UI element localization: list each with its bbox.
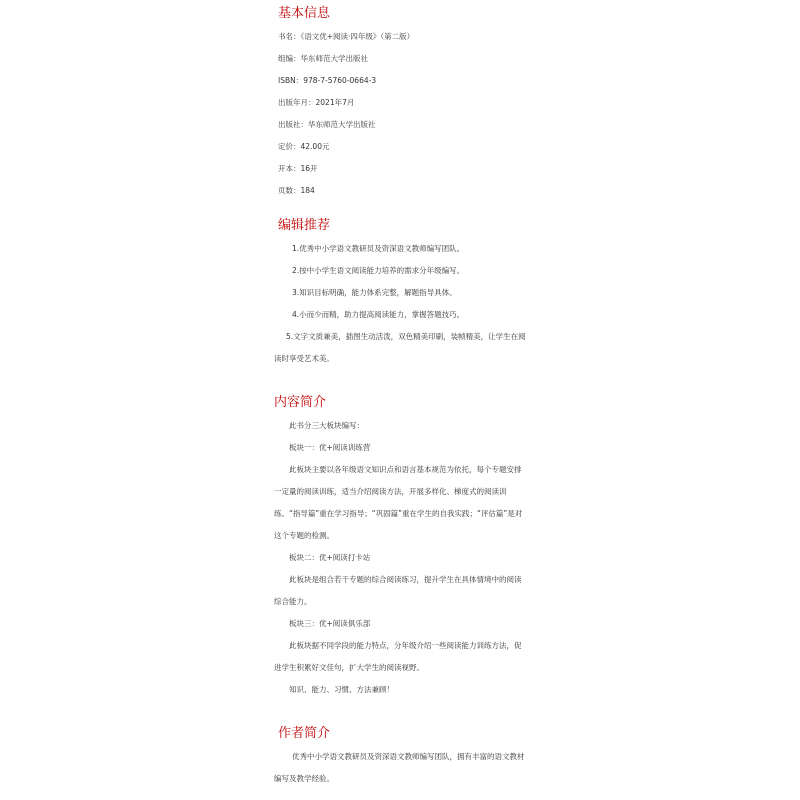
info-editor: 组编：华东师范大学出版社 <box>274 48 528 70</box>
content-paragraph: 知识、能力、习惯、方法兼顾！ <box>274 679 528 701</box>
author-intro-section: 作者简介 优秀中小学语文教研员及资深语文教师编写团队，拥有丰富的语文教材编写及教… <box>274 724 528 790</box>
recommend-item: 1.优秀中小学语文教研员及资深语文教师编写团队。 <box>274 238 528 260</box>
info-pages: 页数：184 <box>274 180 528 202</box>
content-paragraph: 此板块主要以各年级语文知识点和语言基本规范为依托，每个专题安排一定量的阅读训练，… <box>274 459 528 547</box>
content-paragraph: 此板块是组合若干专题的综合阅读练习，提升学生在具体情境中的阅读综合能力。 <box>274 569 528 613</box>
editor-recommend-section: 编辑推荐 1.优秀中小学语文教研员及资深语文教师编写团队。 2.按中小学生语文阅… <box>274 216 528 370</box>
content-paragraph: 此书分三大板块编写： <box>274 415 528 437</box>
info-price: 定价：42.00元 <box>274 136 528 158</box>
info-format: 开本：16开 <box>274 158 528 180</box>
content-module-title: 板块二：优+阅读打卡站 <box>274 547 528 569</box>
content-paragraph: 此板块据不同学段的能力特点，分年级介绍一些阅读能力训练方法，促进学生积累好文佳句… <box>274 635 528 679</box>
recommend-item: 4.小而少而精，助力提高阅读能力，掌握答题技巧。 <box>274 304 528 326</box>
section-title-content-intro: 内容简介 <box>270 393 528 413</box>
recommend-item: 2.按中小学生语文阅读能力培养的需求分年级编写。 <box>274 260 528 282</box>
content-module-title: 板块一：优+阅读训练营 <box>274 437 528 459</box>
section-title-basic-info: 基本信息 <box>274 4 528 24</box>
info-publish-date: 出版年月：2021年7月 <box>274 92 528 114</box>
info-publisher: 出版社：华东师范大学出版社 <box>274 114 528 136</box>
recommend-item: 5.文字文质兼美，插图生动活泼，双色精美印刷，装帧精美，让学生在阅读时享受艺术美… <box>274 326 528 370</box>
content-module-title: 板块三：优+阅读俱乐部 <box>274 613 528 635</box>
recommend-item: 3.知识目标明确，能力体系完整，解题指导具体。 <box>274 282 528 304</box>
section-title-author-intro: 作者简介 <box>274 724 528 744</box>
basic-info-section: 基本信息 书名：《语文优+阅读·四年级》（第二版） 组编：华东师范大学出版社 I… <box>274 4 528 202</box>
info-book-name: 书名：《语文优+阅读·四年级》（第二版） <box>274 26 528 48</box>
info-isbn: ISBN：978-7-5760-0664-3 <box>274 70 528 92</box>
section-title-editor-recommend: 编辑推荐 <box>274 216 528 236</box>
author-paragraph: 优秀中小学语文教研员及资深语文教师编写团队，拥有丰富的语文教材编写及教学经验。 <box>274 746 528 790</box>
content-intro-section: 内容简介 此书分三大板块编写： 板块一：优+阅读训练营 此板块主要以各年级语文知… <box>270 393 528 701</box>
